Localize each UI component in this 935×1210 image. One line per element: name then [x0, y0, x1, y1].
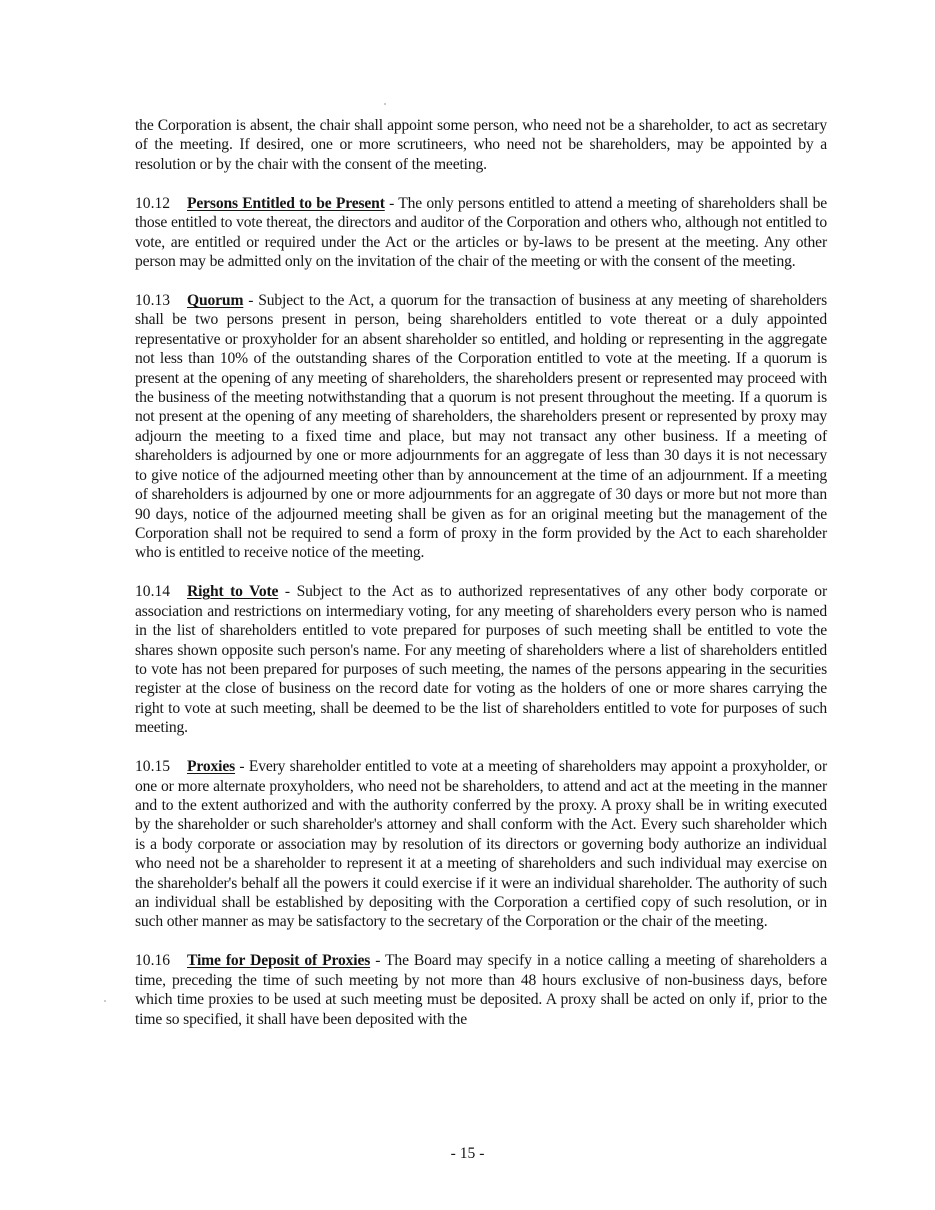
section-10-14: 10.14Right to Vote - Subject to the Act … — [135, 582, 827, 737]
section-number: 10.13 — [135, 291, 187, 310]
section-heading: Persons Entitled to be Present — [187, 195, 385, 212]
heading-separator: - — [235, 758, 249, 775]
section-heading: Quorum — [187, 292, 243, 309]
section-heading: Right to Vote — [187, 583, 278, 600]
scan-speck — [104, 1000, 106, 1002]
section-text: Every shareholder entitled to vote at a … — [135, 758, 827, 930]
scan-speck — [384, 103, 386, 105]
section-number: 10.14 — [135, 582, 187, 601]
page-number: - 15 - — [0, 1145, 935, 1163]
section-number: 10.12 — [135, 194, 187, 213]
heading-separator: - — [385, 195, 398, 212]
heading-separator: - — [278, 583, 296, 600]
section-heading: Time for Deposit of Proxies — [187, 952, 370, 969]
document-page: the Corporation is absent, the chair sha… — [135, 116, 827, 1049]
heading-separator: - — [370, 952, 385, 969]
section-number: 10.16 — [135, 951, 187, 970]
paragraph-text: the Corporation is absent, the chair sha… — [135, 117, 827, 173]
section-10-13: 10.13Quorum - Subject to the Act, a quor… — [135, 291, 827, 563]
intro-paragraph: the Corporation is absent, the chair sha… — [135, 116, 827, 174]
section-10-15: 10.15Proxies - Every shareholder entitle… — [135, 757, 827, 932]
section-text: Subject to the Act, a quorum for the tra… — [135, 292, 827, 561]
heading-separator: - — [243, 292, 258, 309]
section-number: 10.15 — [135, 757, 187, 776]
section-text: Subject to the Act as to authorized repr… — [135, 583, 827, 736]
section-10-12: 10.12Persons Entitled to be Present - Th… — [135, 194, 827, 272]
section-heading: Proxies — [187, 758, 235, 775]
section-10-16: 10.16Time for Deposit of Proxies - The B… — [135, 951, 827, 1029]
